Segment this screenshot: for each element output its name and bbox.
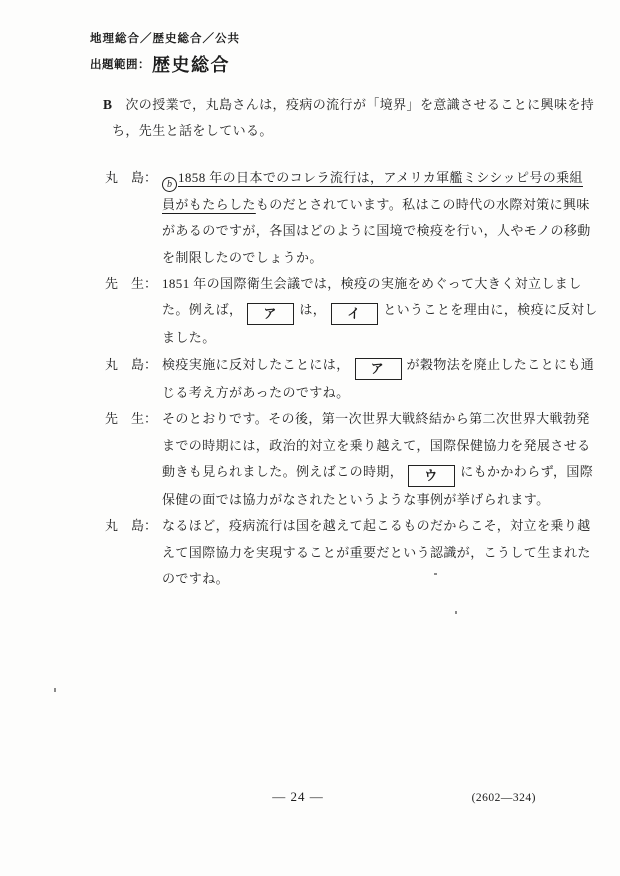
speaker-label: 先 生： — [105, 406, 157, 432]
dialogue-line: までの時期には，政治的対立を乗り越えて，国際保健協力を発展させる — [162, 433, 549, 459]
scan-speck — [455, 611, 457, 614]
underlined-passage: 員がもたらした — [162, 197, 256, 212]
answer-box: イ — [331, 303, 378, 325]
page-header: 地理総合／歴史総合／公共 出題範囲： 歴史総合 — [90, 30, 240, 77]
dialogue-entry: 丸 島：b1858 年の日本でのコレラ流行は，アメリカ軍艦ミシシッピ号の乗組員が… — [103, 165, 549, 271]
dialogue-entry: 先 生：そのとおりです。その後，第一次世界大戦終結から第二次世界大戦勃発までの時… — [103, 406, 549, 513]
intro-paragraph: B次の授業で，丸島さんは，疫病の流行が「境界」を意識させることに興味を持ち，先生… — [103, 92, 549, 145]
dialogue: 丸 島：b1858 年の日本でのコレラ流行は，アメリカ軍艦ミシシッピ号の乗組員が… — [103, 165, 549, 593]
speaker-label: 丸 島： — [105, 165, 157, 191]
dialogue-line: 1851 年の国際衛生会議では，検疫の実施をめぐって大きく対立しまし — [162, 271, 549, 297]
dialogue-line: 検疫実施に反対したことには，アが穀物法を廃止したことにも通 — [162, 352, 549, 380]
answer-box: ア — [247, 303, 294, 325]
exam-range: 出題範囲： 歴史総合 — [90, 51, 240, 77]
question-body: B次の授業で，丸島さんは，疫病の流行が「境界」を意識させることに興味を持ち，先生… — [103, 92, 549, 593]
exam-range-label: 出題範囲： — [90, 56, 150, 72]
exam-range-value: 歴史総合 — [152, 51, 230, 77]
dialogue-line: を制限したのでしょうか。 — [162, 245, 549, 271]
dialogue-entry: 丸 島：なるほど，疫病流行は国を越えて起こるものだからこそ，対立を乗り越えて国際… — [103, 513, 549, 592]
dialogue-entry: 丸 島：検疫実施に反対したことには，アが穀物法を廃止したことにも通じる考え方があ… — [103, 352, 549, 406]
dialogue-line: 動きも見られました。例えばこの時期，ウにもかかわらず，国際 — [162, 459, 549, 487]
dialogue-line: 員がもたらしたものだとされています。私はこの時代の水際対策に興味 — [162, 192, 549, 218]
subject-list: 地理総合／歴史総合／公共 — [90, 30, 240, 46]
dialogue-line: じる考え方があったのですね。 — [162, 380, 549, 406]
speaker-label: 丸 島： — [105, 352, 157, 378]
dialogue-line: た。例えば，アは，イということを理由に，検疫に反対し — [162, 297, 549, 325]
dialogue-line: があるのですが，各国はどのように国境で検疫を行い，人やモノの移動 — [162, 218, 549, 244]
speaker-label: 先 生： — [105, 271, 157, 297]
dialogue-line: のですね。 — [162, 566, 549, 592]
dialogue-line: そのとおりです。その後，第一次世界大戦終結から第二次世界大戦勃発 — [162, 406, 549, 432]
underlined-passage: 1858 年の日本でのコレラ流行は，アメリカ軍艦ミシシッピ号の乗組 — [178, 170, 583, 185]
answer-box: ウ — [408, 465, 455, 487]
scan-speck — [54, 688, 56, 692]
dialogue-line: えて国際協力を実現することが重要だという認識が，こうして生まれた — [162, 540, 549, 566]
dialogue-line: b1858 年の日本でのコレラ流行は，アメリカ軍艦ミシシッピ号の乗組 — [162, 165, 549, 192]
dialogue-line: ました。 — [162, 325, 549, 351]
dialogue-entry: 先 生：1851 年の国際衛生会議では，検疫の実施をめぐって大きく対立しました。… — [103, 271, 549, 352]
intro-line: B次の授業で，丸島さんは，疫病の流行が「境界」を意識させることに興味を持 — [103, 92, 549, 118]
section-label: B — [103, 97, 112, 112]
circled-b-marker: b — [162, 177, 177, 192]
scan-speck — [434, 573, 437, 575]
speaker-label: 丸 島： — [105, 513, 157, 539]
document-code: (2602—324) — [472, 792, 536, 804]
dialogue-line: 保健の面では協力がなされたというような事例が挙げられます。 — [162, 487, 549, 513]
dialogue-line: なるほど，疫病流行は国を越えて起こるものだからこそ，対立を乗り越 — [162, 513, 549, 539]
intro-line: ち，先生と話をしている。 — [103, 118, 549, 144]
exam-page: 地理総合／歴史総合／公共 出題範囲： 歴史総合 B次の授業で，丸島さんは，疫病の… — [0, 0, 620, 876]
answer-box: ア — [355, 358, 402, 380]
